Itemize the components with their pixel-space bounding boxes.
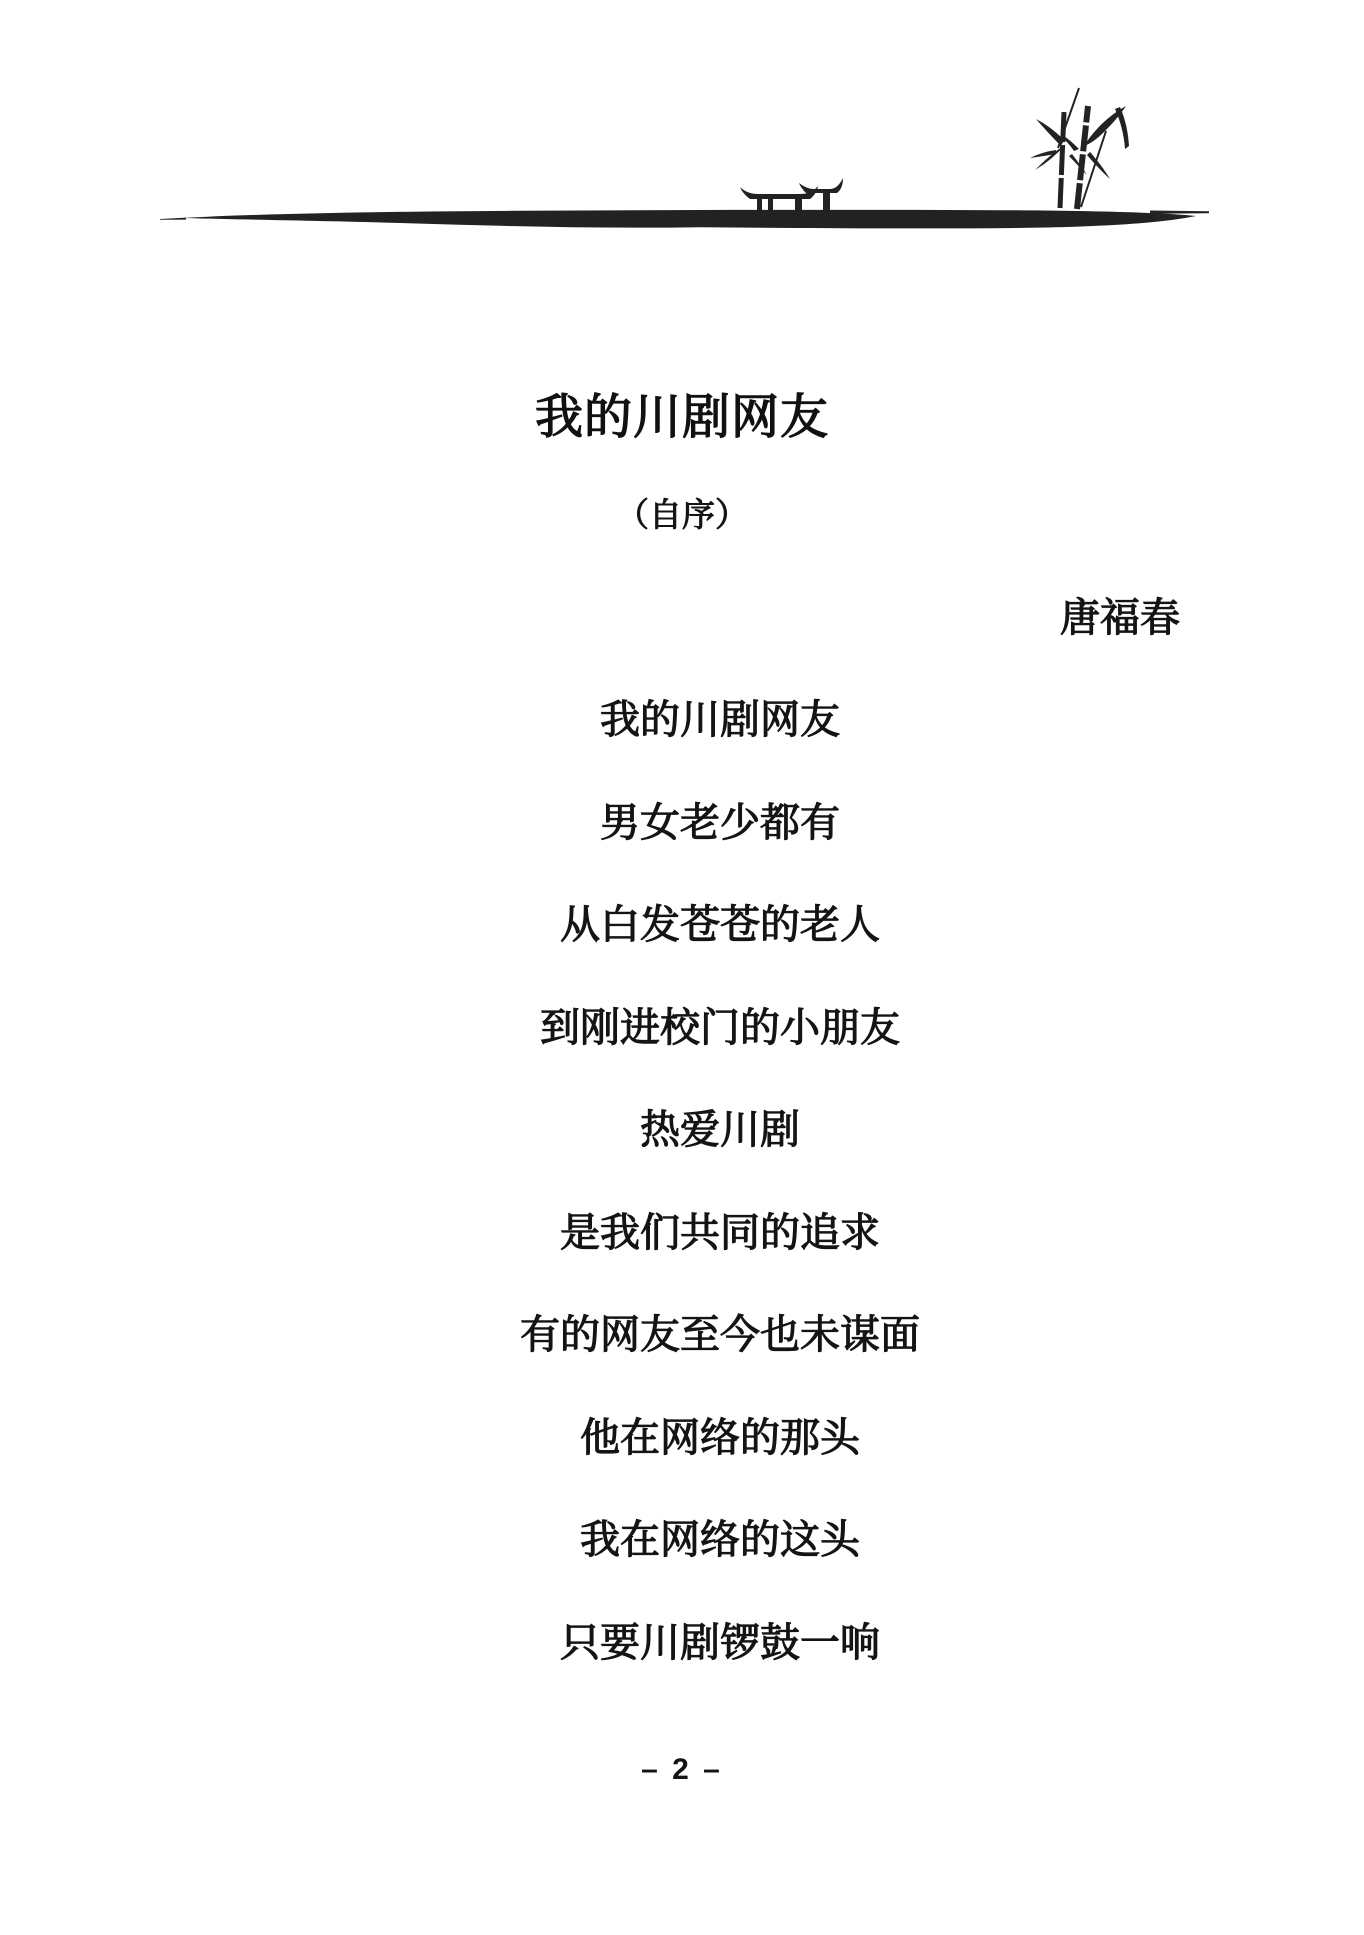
poem-line: 只要川剧锣鼓一响 (76, 1592, 1364, 1695)
poem-line: 他在网络的那头 (76, 1387, 1364, 1490)
poem-line: 到刚进校门的小朋友 (76, 977, 1364, 1080)
bamboo-icon (1030, 88, 1129, 209)
poem-subtitle: （自序） (0, 495, 1364, 535)
author-name: 唐福春 (1060, 596, 1180, 640)
page-number: – 2 – (0, 1753, 1364, 1787)
poem-body: 我的川剧网友男女老少都有从白发苍苍的老人到刚进校门的小朋友热爱川剧是我们共同的追… (76, 669, 1364, 1694)
brush-line-icon (160, 210, 1209, 229)
poem-line: 男女老少都有 (76, 772, 1364, 875)
ink-illustration (0, 0, 1364, 280)
poem-title: 我的川剧网友 (0, 390, 1364, 445)
poem-line: 有的网友至今也未谋面 (76, 1284, 1364, 1387)
poem-line: 热爱川剧 (76, 1079, 1364, 1182)
poem-line: 我的川剧网友 (76, 669, 1364, 772)
poem-line: 我在网络的这头 (76, 1489, 1364, 1592)
poem-line: 是我们共同的追求 (76, 1182, 1364, 1285)
poem-line: 从白发苍苍的老人 (76, 874, 1364, 977)
document-page: 我的川剧网友 （自序） 唐福春 我的川剧网友男女老少都有从白发苍苍的老人到刚进校… (0, 0, 1364, 1935)
